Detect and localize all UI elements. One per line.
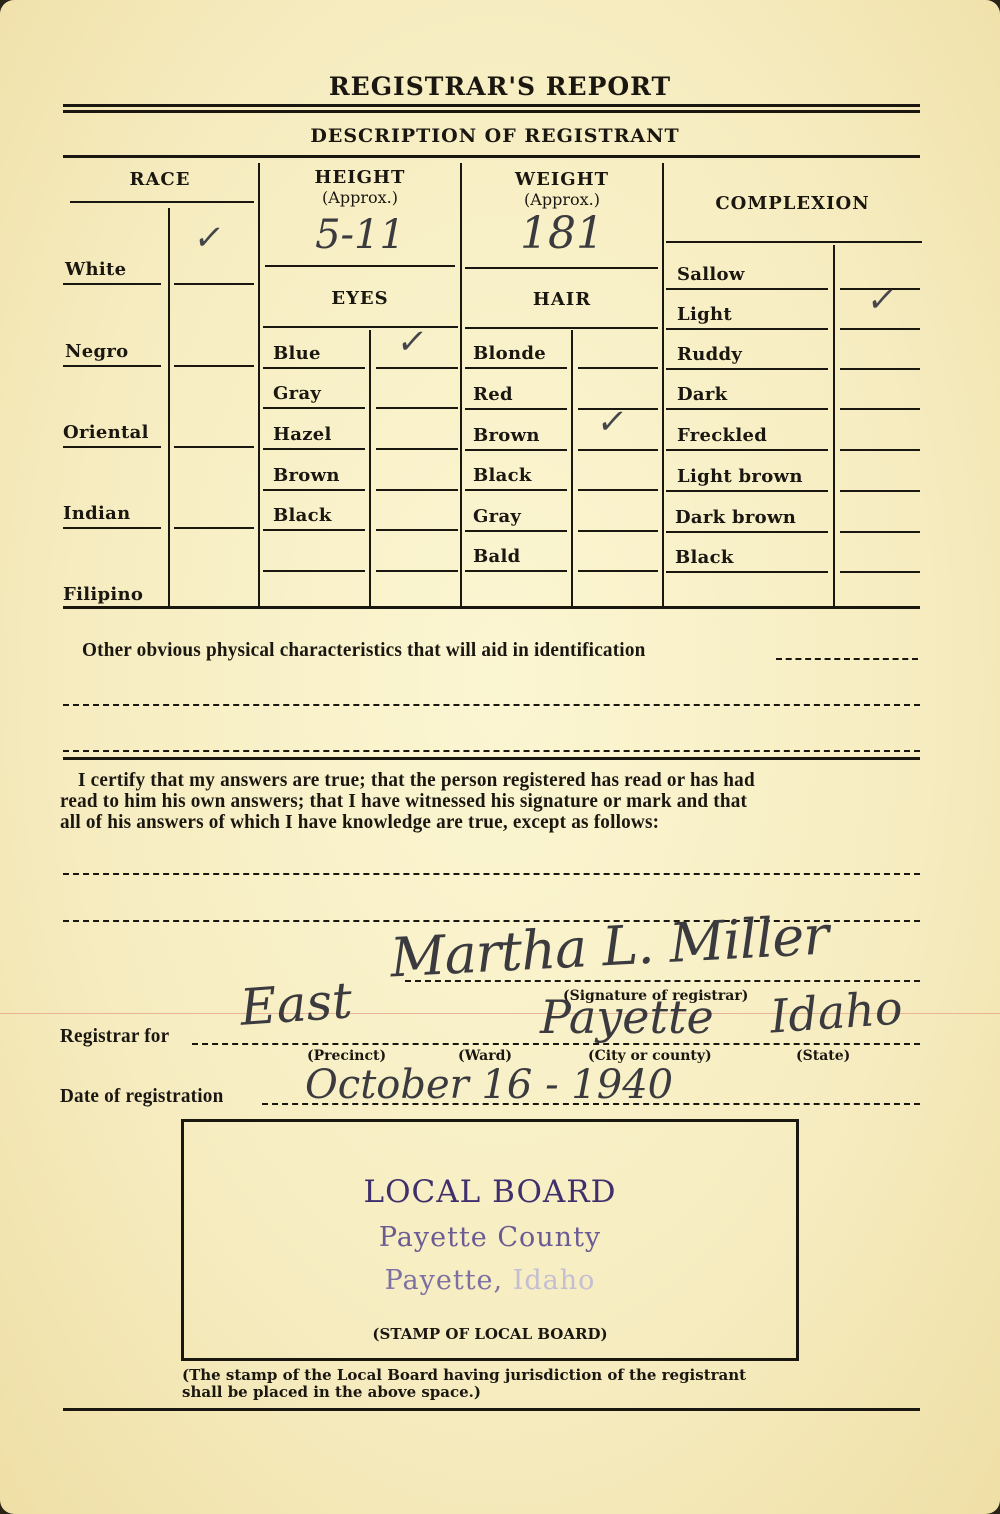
complexion-label-sallow: Sallow [677,264,745,285]
eyes-check-rule [376,529,458,531]
race-rule [63,283,161,285]
eyes-label-hazel: Hazel [273,424,332,445]
height-value[interactable]: 5-11 [262,212,458,258]
bottom-rule [63,1408,920,1411]
weight-value[interactable]: 181 [464,208,660,259]
section-title: DESCRIPTION OF REGISTRANT [0,125,990,147]
city-county-value[interactable]: Payette [540,990,714,1044]
col-divider-weight [662,163,664,608]
stamp-line-county: Payette County [184,1222,796,1253]
certification-line-3: all of his answers of which I have knowl… [60,812,659,832]
eyes-rule [263,407,365,409]
race-label-oriental: Oriental [63,422,149,443]
weight-header: WEIGHT (Approx.) [464,170,660,210]
hair-rule [465,408,567,410]
stamp-caption: (STAMP OF LOCAL BOARD) [184,1325,796,1343]
hair-header-rule [465,327,658,329]
complexion-rule [666,288,828,290]
complexion-rule [666,571,828,573]
race-label-indian: Indian [63,503,130,524]
hair-label-brown: Brown [473,425,540,446]
complexion-check-rule [840,368,920,370]
section-rule [63,155,920,158]
footnote-line-1: (The stamp of the Local Board having jur… [182,1367,746,1384]
eyes-rule [263,448,365,450]
weight-header-label: WEIGHT [515,169,609,190]
complexion-rule [666,328,828,330]
col-divider-race [258,163,260,608]
hair-header: HAIR [464,290,660,310]
stamp-line-city-state: Payette, Idaho [184,1265,796,1296]
hair-check-rule [578,489,658,491]
eyes-check-rule [376,448,458,450]
certification-line-2: read to him his own answers; that I have… [60,791,747,811]
complexion-header: COMPLEXION [665,194,920,214]
complexion-check-rule [840,490,920,492]
eyes-header: EYES [262,289,458,309]
eyes-rule [263,529,365,531]
eyes-rule [263,367,365,369]
eyes-check-rule [376,407,458,409]
other-characteristics-line-3[interactable] [63,750,920,752]
race-check-col-divider [168,208,170,608]
eyes-check-col-divider [369,330,371,608]
hair-label-gray: Gray [473,506,521,527]
stamp-line-local-board: LOCAL BOARD [184,1174,796,1210]
complexion-check-rule [840,531,920,533]
complexion-label-dark: Dark [677,384,727,405]
registrar-for-label: Registrar for [60,1026,169,1046]
stamp-city: Payette, [385,1265,504,1296]
col-divider-height [460,163,462,608]
other-characteristics-line-2[interactable] [63,704,920,706]
signature-line [405,980,920,982]
race-label-negro: Negro [65,341,128,362]
race-label-white: White [65,259,126,280]
hair-brown-checkmark[interactable]: ✓ [594,402,630,442]
eyes-label-blue: Blue [273,343,321,364]
weight-header-approx: (Approx.) [464,190,660,210]
weight-rule [465,267,658,269]
title-double-rule-top [63,104,920,107]
race-rule [63,527,161,529]
complexion-label-dark-brown: Dark brown [675,507,796,528]
complexion-label-freckled: Freckled [677,425,767,446]
complexion-check-rule [840,408,920,410]
complexion-check-rule [840,571,920,573]
height-header-label: HEIGHT [315,167,406,188]
hair-rule [465,570,567,572]
complexion-label-light-brown: Light brown [677,466,803,487]
complexion-light-checkmark[interactable]: ✓ [864,280,900,320]
hair-label-red: Red [473,384,513,405]
hair-check-rule [578,449,658,451]
exceptions-line-1[interactable] [63,873,920,875]
complexion-rule [666,408,828,410]
race-white-checkmark[interactable]: ✓ [191,218,227,258]
hair-check-rule [578,570,658,572]
hair-rule [465,530,567,532]
race-rule [63,446,161,448]
complexion-label-light: Light [677,304,732,325]
registrar-signature[interactable]: Martha L. Miller [389,904,830,990]
state-caption: (State) [796,1048,850,1064]
complexion-label-black: Black [675,547,734,568]
complexion-label-ruddy: Ruddy [677,344,742,365]
date-of-registration-label: Date of registration [60,1086,223,1106]
race-rule [63,365,161,367]
eyes-label-gray: Gray [273,383,321,404]
eyes-check-rule [376,570,458,572]
page-title: REGISTRAR'S REPORT [0,72,1000,101]
title-double-rule-bottom [63,110,920,113]
hair-label-black: Black [473,465,532,486]
race-check-rule [174,283,254,285]
race-header-rule [70,201,254,203]
eyes-label-brown: Brown [273,465,340,486]
complexion-rule [666,531,828,533]
stamp-state: Idaho [513,1265,596,1296]
footnote-line-2: shall be placed in the above space.) [182,1384,746,1401]
hair-check-rule [578,530,658,532]
hair-rule [465,367,567,369]
complexion-check-rule [840,328,920,330]
race-header: RACE [63,170,257,190]
certification-line-1: I certify that my answers are true; that… [78,770,755,790]
complexion-header-rule [666,241,922,243]
eyes-check-rule [376,489,458,491]
race-check-rule [174,527,254,529]
state-value[interactable]: Idaho [768,980,904,1043]
complexion-check-col-divider [833,245,835,608]
eyes-check-rule [376,367,458,369]
other-characteristics-label: Other obvious physical characteristics t… [82,640,645,660]
local-board-stamp-box: LOCAL BOARD Payette County Payette, Idah… [181,1119,799,1361]
hair-rule [465,449,567,451]
race-label-filipino: Filipino [63,584,143,605]
race-check-rule [174,446,254,448]
registrar-report-card: REGISTRAR'S REPORT DESCRIPTION OF REGIST… [0,0,1000,1514]
table-bottom-rule [63,606,920,609]
hair-label-blonde: Blonde [473,343,546,364]
eyes-rule [263,489,365,491]
hair-rule [465,489,567,491]
other-characteristics-field[interactable] [776,658,918,660]
hair-label-bald: Bald [473,546,521,567]
complexion-rule [666,449,828,451]
eyes-blue-checkmark[interactable]: ✓ [394,322,430,362]
certification-rule [63,757,920,760]
hair-check-rule [578,367,658,369]
height-rule [265,265,455,267]
eyes-label-black: Black [273,505,332,526]
complexion-check-rule [840,449,920,451]
hair-check-col-divider [571,330,573,608]
complexion-rule [666,490,828,492]
precinct-value[interactable]: East [238,971,354,1037]
height-header: HEIGHT (Approx.) [262,168,458,208]
height-header-approx: (Approx.) [262,188,458,208]
eyes-rule [263,570,365,572]
date-of-registration-value[interactable]: October 16 - 1940 [305,1062,673,1108]
stamp-footnote: (The stamp of the Local Board having jur… [182,1367,746,1401]
complexion-rule [666,368,828,370]
race-check-rule [174,365,254,367]
